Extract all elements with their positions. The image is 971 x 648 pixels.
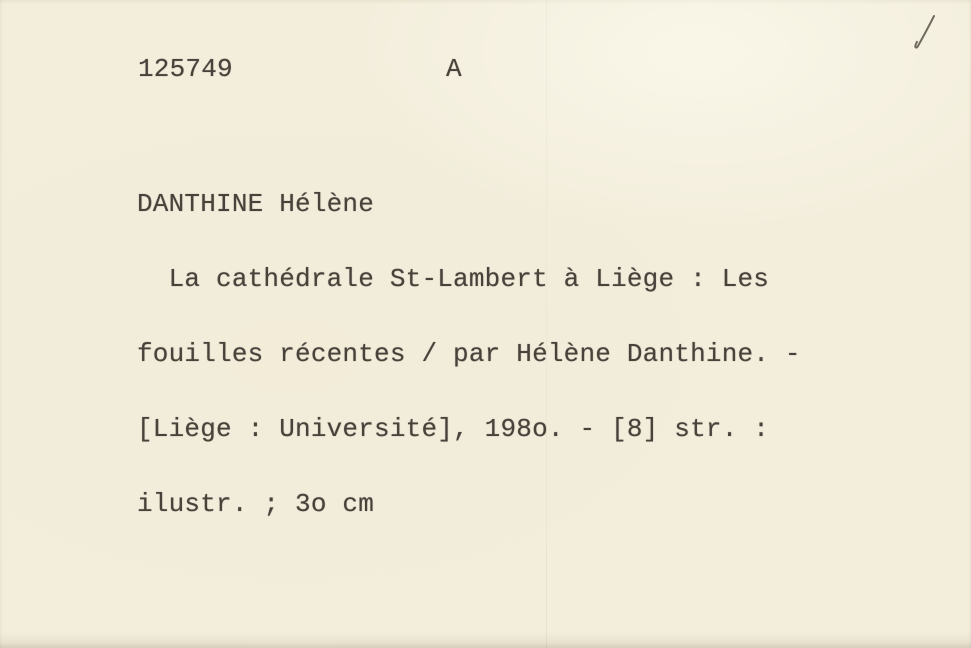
main-entry-heading: DANTHINE Hélène xyxy=(137,192,801,217)
description-line: fouilles récentes / par Hélène Danthine.… xyxy=(137,342,801,367)
description-line: ilustr. ; 3o cm xyxy=(137,492,801,517)
bibliographic-entry: DANTHINE Hélène La cathédrale St-Lambert… xyxy=(137,142,801,567)
description-line: La cathédrale St-Lambert à Liège : Les xyxy=(137,267,801,292)
pencil-checkmark-icon xyxy=(903,14,939,54)
classification-letter: A xyxy=(446,57,462,82)
call-number: 125749 xyxy=(138,57,233,82)
description-line: [Liège : Université], 198o. - [8] str. : xyxy=(137,417,801,442)
catalog-card: 125749 A DANTHINE Hélène La cathédrale S… xyxy=(0,0,971,648)
